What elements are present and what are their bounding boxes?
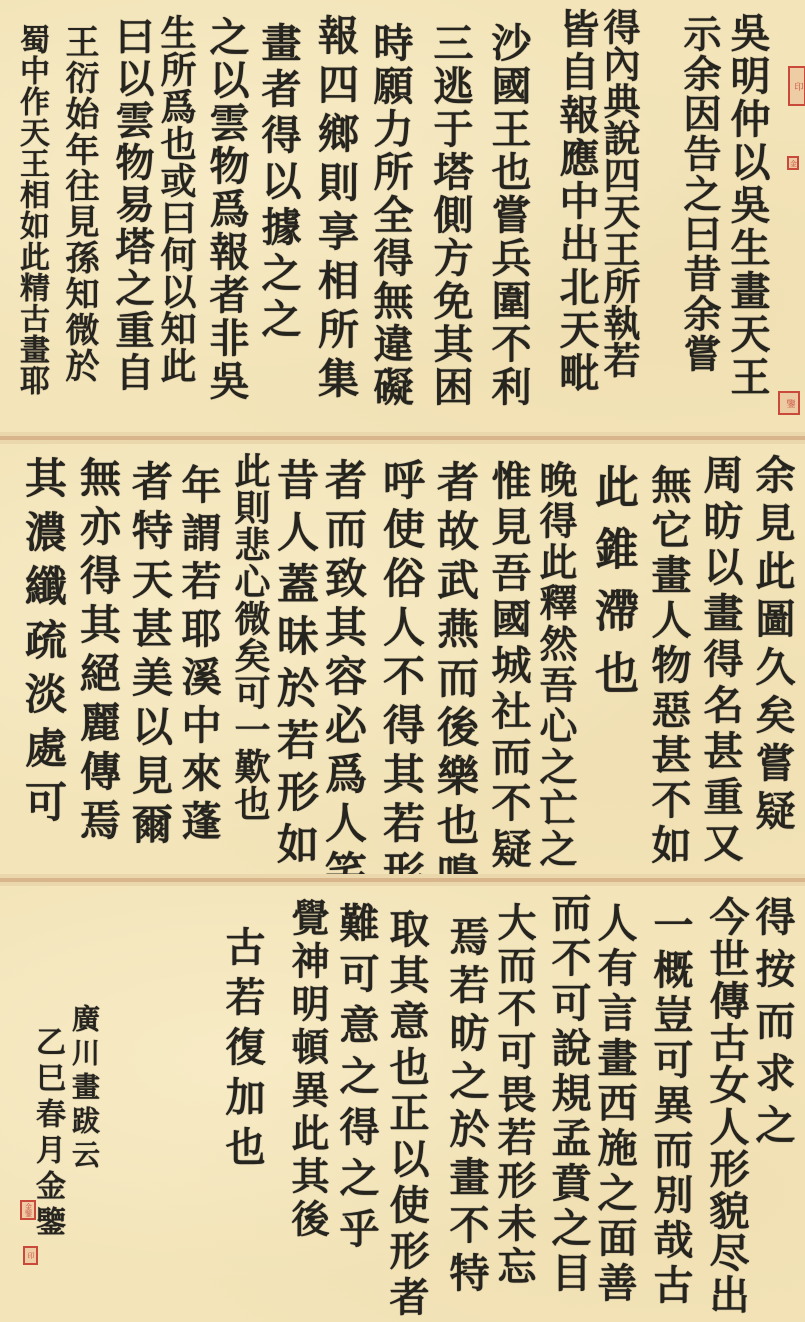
signature-seal-lower: 印: [23, 1246, 38, 1265]
text-column: 得內典說四天王所執若: [600, 8, 637, 378]
text-column: 而不可說規孟賁之目: [548, 892, 588, 1297]
panel-divider: [0, 874, 805, 886]
text-column: 人有言畫西施之面善: [594, 902, 634, 1307]
text-column: 者特天甚美以見爾: [128, 460, 169, 852]
text-column: 無亦得其絕麗傳焉: [76, 456, 117, 848]
text-column: 時願力所全得無違礙: [370, 22, 410, 409]
text-column: 報四鄉則享相所集: [314, 14, 355, 406]
seal-stamp: 金: [787, 156, 799, 170]
text-column: 周昉以畫得名甚重又: [700, 454, 740, 868]
text-column: 古若復加也: [222, 926, 262, 1176]
text-column: 三逃于塔側方免其困: [430, 22, 470, 409]
text-column: 惟見吾國城社而不疑: [488, 460, 528, 874]
text-column: 大而不可畏若形未忘: [494, 902, 533, 1289]
signature: 乙巳春月金鑒: [32, 1026, 62, 1242]
calligraphy-panel-2: 余見此圖久矣嘗疑 周昉以畫得名甚重又 無它畫人物惡甚不如 此錐滯也 晚得此釋然吾…: [0, 444, 805, 874]
text-column: 年謂若耶溪中來蓬: [178, 464, 218, 848]
text-column: 覺神明頓異此其後: [288, 898, 326, 1242]
text-column: 難可意之得之乎: [336, 902, 376, 1259]
text-column: 者故武燕而後樂也鳴: [434, 460, 476, 901]
calligraphy-panel-1: 吳明仲以吳生畫天王 示余因告之曰昔余嘗 得內典說四天王所執若 皆自報應中出北天毗…: [0, 0, 805, 432]
text-column: 余見此圖久矣嘗疑: [752, 454, 792, 838]
text-column: 一概豈可異而別哉古: [650, 904, 690, 1309]
panel-divider: [0, 432, 805, 444]
text-column: 王衍始年往見孫知微於: [62, 24, 96, 384]
text-column: 吳明仲以吳生畫天王: [727, 12, 767, 399]
text-column: 皆自報應中出北天毗: [556, 8, 596, 395]
text-column: 得按而求之: [752, 896, 792, 1156]
text-column: 今世傳古女人形貌尽出: [706, 896, 746, 1316]
signature-seal-upper: 金鑒: [20, 1200, 36, 1220]
text-column: 示余因告之曰昔余嘗: [680, 14, 718, 374]
text-column: 之以雲物爲報者非吳: [206, 16, 246, 403]
text-column: 昔人蓋昧於若形如: [274, 458, 316, 874]
text-column: 生所爲也或曰何以知此: [158, 14, 194, 384]
text-column: 取其意也正以使形者: [386, 908, 426, 1322]
text-column: 此錐滯也: [590, 464, 634, 712]
text-column: 無它畫人物惡甚不如: [648, 464, 688, 869]
text-column: 呼使俗人不得其若形: [380, 458, 422, 899]
seal-stamp: 鑒: [778, 391, 800, 415]
text-column: 其濃纖疏淡處可: [22, 456, 64, 834]
calligraphy-panel-3: 得按而求之 今世傳古女人形貌尽出 一概豈可異而別哉古 人有言畫西施之面善 而不可…: [0, 886, 805, 1322]
text-column: 此則悲心微矣可一歎也: [232, 452, 268, 822]
text-column: 畫者得以據之之: [258, 22, 298, 344]
text-column: 者而致其容必爲人笑: [322, 458, 364, 899]
text-column: 焉若昉之於畫不特: [446, 916, 486, 1300]
inscription-source: 廣川畫跋云: [70, 1004, 98, 1174]
text-column: 曰以雲物易塔之重自: [112, 16, 151, 394]
text-column: 沙國王也嘗兵圍不利: [488, 22, 528, 409]
text-column: 蜀中作天王相如此精古畫耶: [16, 24, 46, 396]
text-column: 晚得此釋然吾心之亡之: [536, 460, 574, 870]
seal-stamp: 印: [788, 66, 805, 106]
calligraphy-artwork: 吳明仲以吳生畫天王 示余因告之曰昔余嘗 得內典說四天王所執若 皆自報應中出北天毗…: [0, 0, 805, 1322]
